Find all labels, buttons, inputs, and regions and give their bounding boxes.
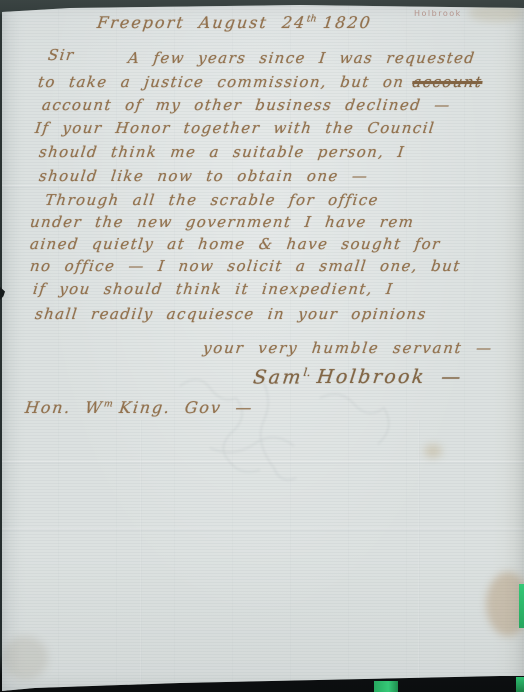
scan-background: Freeport August 24th1820 Holbrook Sir A … bbox=[0, 0, 524, 692]
green-mat-sliver-right bbox=[519, 584, 524, 628]
green-mat-patch-bottom bbox=[374, 681, 398, 692]
letter-paper: Freeport August 24th1820 Holbrook Sir A … bbox=[0, 0, 524, 692]
edge-vignette bbox=[0, 0, 524, 692]
green-mat-corner bbox=[516, 677, 524, 692]
